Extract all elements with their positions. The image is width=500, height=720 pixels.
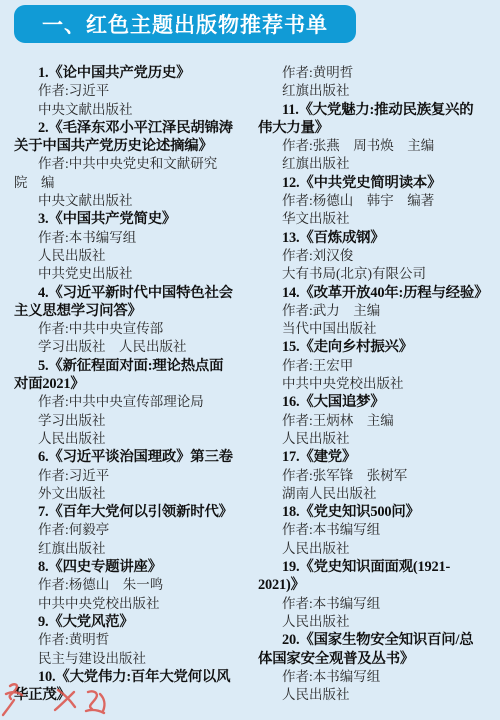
book-detail-line: 作者:黄明哲 [14,631,256,649]
book-detail-line: 学习出版社 [14,412,256,430]
book-list-column-right: 作者:黄明哲红旗出版社11.《大党魅力:推动民族复兴的伟大力量》作者:张燕 周书… [258,64,500,704]
book-title-line: 1.《论中国共产党历史》 [14,64,256,82]
book-detail-line: 作者:中共中央宣传部 [14,320,256,338]
book-detail-line: 作者:王炳林 主编 [258,412,500,430]
book-title-line: 20.《国家生物安全知识百问/总 [258,631,500,649]
book-title-line: 4.《习近平新时代中国特色社会 [14,284,256,302]
book-detail-line: 作者:杨德山 朱一鸣 [14,576,256,594]
book-title-line: 10.《大党伟力:百年大党何以风 [14,668,256,686]
book-title-line: 15.《走向乡村振兴》 [258,338,500,356]
book-detail-line: 湖南人民出版社 [258,485,500,503]
book-title-line: 7.《百年大党何以引领新时代》 [14,503,256,521]
book-title-line: 8.《四史专题讲座》 [14,558,256,576]
section-title-badge: 一、红色主题出版物推荐书单 [14,5,356,43]
book-detail-line: 作者:张军锋 张树军 [258,467,500,485]
book-title-line: 3.《中国共产党简史》 [14,210,256,228]
book-detail-line: 作者:中共中央宣传部理论局 [14,393,256,411]
book-title-line: 华正茂》 [14,686,256,704]
book-detail-line: 中共中央党校出版社 [14,595,256,613]
book-detail-line: 学习出版社 人民出版社 [14,338,256,356]
book-title-line: 13.《百炼成钢》 [258,229,500,247]
book-detail-line: 作者:习近平 [14,467,256,485]
book-detail-line: 中央文献出版社 [14,192,256,210]
book-detail-line: 作者:习近平 [14,82,256,100]
book-title-line: 16.《大国追梦》 [258,393,500,411]
book-detail-line: 红旗出版社 [258,82,500,100]
book-detail-line: 作者:中共中央党史和文献研究 [14,155,256,173]
book-title-line: 5.《新征程面对面:理论热点面 [14,357,256,375]
book-detail-line: 中央文献出版社 [14,101,256,119]
book-title-line: 伟大力量》 [258,119,500,137]
book-detail-line: 人民出版社 [14,430,256,448]
book-title-line: 对面2021》 [14,375,256,393]
book-title-line: 19.《党史知识面面观(1921- [258,558,500,576]
book-title-line: 6.《习近平谈治国理政》第三卷 [14,448,256,466]
book-detail-line: 作者:本书编写组 [258,521,500,539]
book-detail-line: 作者:本书编写组 [14,229,256,247]
book-detail-line: 人民出版社 [14,247,256,265]
book-title-line: 12.《中共党史简明读本》 [258,174,500,192]
book-title-line: 主义思想学习问答》 [14,302,256,320]
book-detail-line: 中共党史出版社 [14,265,256,283]
book-detail-line: 中共中央党校出版社 [258,375,500,393]
book-detail-line: 当代中国出版社 [258,320,500,338]
book-detail-line: 人民出版社 [258,613,500,631]
book-title-line: 18.《党史知识500问》 [258,503,500,521]
book-detail-line: 院 编 [14,174,256,192]
section-title: 一、红色主题出版物推荐书单 [42,9,328,39]
book-detail-line: 华文出版社 [258,210,500,228]
book-detail-line: 作者:本书编写组 [258,668,500,686]
book-title-line: 2.《毛泽东邓小平江泽民胡锦涛 [14,119,256,137]
book-detail-line: 作者:本书编写组 [258,595,500,613]
book-title-line: 2021)》 [258,576,500,594]
book-title-line: 9.《大党风范》 [14,613,256,631]
book-detail-line: 红旗出版社 [258,155,500,173]
book-title-line: 11.《大党魅力:推动民族复兴的 [258,101,500,119]
book-detail-line: 作者:杨德山 韩宇 编著 [258,192,500,210]
book-detail-line: 作者:何毅亭 [14,521,256,539]
book-detail-line: 外文出版社 [14,485,256,503]
book-detail-line: 民主与建设出版社 [14,650,256,668]
book-title-line: 14.《改革开放40年:历程与经验》 [258,284,500,302]
book-title-line: 体国家安全观普及丛书》 [258,650,500,668]
book-detail-line: 作者:张燕 周书焕 主编 [258,137,500,155]
book-detail-line: 人民出版社 [258,430,500,448]
book-detail-line: 大有书局(北京)有限公司 [258,265,500,283]
book-detail-line: 作者:刘汉俊 [258,247,500,265]
book-detail-line: 作者:黄明哲 [258,64,500,82]
book-detail-line: 人民出版社 [258,686,500,704]
book-detail-line: 作者:武力 主编 [258,302,500,320]
book-list-column-left: 1.《论中国共产党历史》作者:习近平中央文献出版社2.《毛泽东邓小平江泽民胡锦涛… [14,64,256,704]
book-detail-line: 人民出版社 [258,540,500,558]
book-title-line: 关于中国共产党历史论述摘编》 [14,137,256,155]
book-title-line: 17.《建党》 [258,448,500,466]
book-detail-line: 红旗出版社 [14,540,256,558]
book-detail-line: 作者:王宏甲 [258,357,500,375]
